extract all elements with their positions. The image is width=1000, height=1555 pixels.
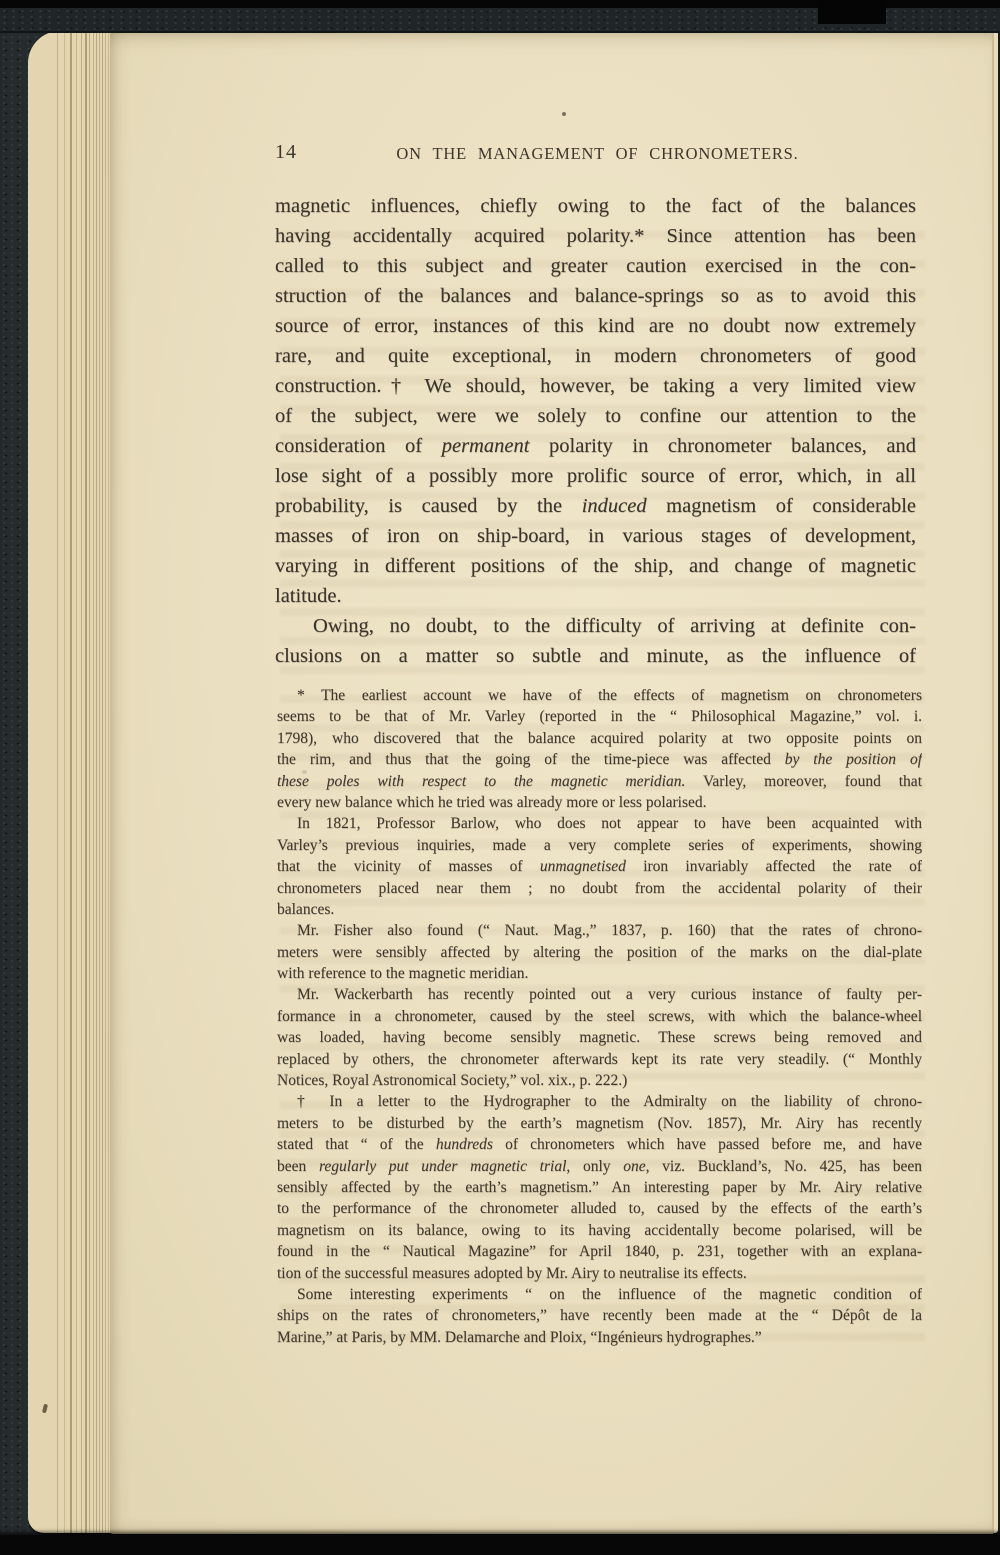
- text-line: struction of the balances and balance-sp…: [275, 281, 916, 311]
- text-line: replaced by others, the chronometer afte…: [277, 1049, 922, 1070]
- page-edge-line: [76, 31, 77, 1533]
- body-text: magnetic influences, chiefly owing to th…: [275, 191, 916, 671]
- text-line: balances.: [277, 899, 922, 920]
- text-line: stated that “ of the hundreds of chronom…: [277, 1134, 922, 1155]
- page-edge-line: [81, 31, 82, 1533]
- paragraph: * The earliest account we have of the ef…: [277, 685, 922, 813]
- text-line: the rim, and thus that the going of the …: [277, 749, 922, 770]
- text-line: rare, and quite exceptional, in modern c…: [275, 341, 916, 371]
- text-line: † In a letter to the Hydrographer to the…: [277, 1091, 922, 1112]
- page-edge-line: [93, 31, 94, 1533]
- text-line: Notices, Royal Astronomical Society,” vo…: [277, 1070, 922, 1091]
- text-line: chronometers placed near them ; no doubt…: [277, 878, 922, 899]
- text-line: Mr. Fisher also found (“ Naut. Mag.,” 18…: [277, 920, 922, 941]
- page-edge-line: [102, 31, 103, 1533]
- text-line: tion of the successful measures adopted …: [277, 1263, 922, 1284]
- text-line: having accidentally acquired polarity.* …: [275, 221, 916, 251]
- text-line: that the vicinity of masses of unmagneti…: [277, 856, 922, 877]
- running-title: ON THE MANAGEMENT OF CHRONOMETERS.: [275, 141, 920, 164]
- text-line: ships on the rates of chronometers,” hav…: [277, 1305, 922, 1326]
- text-line: seems to be that of Mr. Varley (reported…: [277, 706, 922, 727]
- paragraph: Some interesting experiments “ on the in…: [277, 1284, 922, 1348]
- text-line: with reference to the magnetic meridian.: [277, 963, 922, 984]
- book-photo: 14 ON THE MANAGEMENT OF CHRONOMETERS. ma…: [0, 0, 1000, 1555]
- text-line: was loaded, having become sensibly magne…: [277, 1027, 922, 1048]
- text-line: these poles with respect to the magnetic…: [277, 771, 922, 792]
- paragraph: Mr. Wackerbarth has recently pointed out…: [277, 984, 922, 1091]
- text-line: lose sight of a possibly more prolific s…: [275, 461, 916, 491]
- text-line: * The earliest account we have of the ef…: [277, 685, 922, 706]
- binding-clasp: [818, 0, 886, 24]
- text-line: been regularly put under magnetic trial,…: [277, 1156, 922, 1177]
- paragraph: In 1821, Professor Barlow, who does not …: [277, 813, 922, 920]
- text-line: Marine,” at Paris, by MM. Delamarche and…: [277, 1327, 922, 1348]
- running-head: 14 ON THE MANAGEMENT OF CHRONOMETERS.: [275, 141, 920, 167]
- text-line: source of error, instances of this kind …: [275, 311, 916, 341]
- page-edge-line: [99, 31, 100, 1533]
- bottom-binding: [0, 1535, 1000, 1555]
- text-line: meters to be disturbed by the earth’s ma…: [277, 1113, 922, 1134]
- page-edge-line: [105, 31, 106, 1533]
- text-line: construction.† We should, however, be ta…: [275, 371, 916, 401]
- page-edge-line: [85, 31, 87, 1533]
- page-number: 14: [275, 141, 297, 164]
- text-line: formance in a chronometer, caused by the…: [277, 1006, 922, 1027]
- text-line: Owing, no doubt, to the difficulty of ar…: [275, 611, 916, 641]
- text-line: masses of iron on ship-board, in various…: [275, 521, 916, 551]
- paragraph: magnetic influences, chiefly owing to th…: [275, 191, 916, 611]
- page-edge-line: [64, 31, 65, 1533]
- text-line: 1798), who discovered that the balance a…: [277, 728, 922, 749]
- text-line: clusions on a matter so subtle and minut…: [275, 641, 916, 671]
- text-line: sensibly affected by the earth’s magneti…: [277, 1177, 922, 1198]
- text-line: Some interesting experiments “ on the in…: [277, 1284, 922, 1305]
- text-line: called to this subject and greater cauti…: [275, 251, 916, 281]
- paragraph: Mr. Fisher also found (“ Naut. Mag.,” 18…: [277, 920, 922, 984]
- ink-speck: [562, 112, 566, 116]
- ink-speck: [302, 770, 307, 774]
- text-line: found in the “ Nautical Magazine” for Ap…: [277, 1241, 922, 1262]
- text-line: In 1821, Professor Barlow, who does not …: [277, 813, 922, 834]
- text-line: every new balance which he tried was alr…: [277, 792, 922, 813]
- text-line: to the performance of the chronometer al…: [277, 1198, 922, 1219]
- page-edge-line: [70, 31, 72, 1533]
- footnotes: * The earliest account we have of the ef…: [277, 685, 922, 1348]
- text-line: probability, is caused by the induced ma…: [275, 491, 916, 521]
- text-line: varying in different positions of the sh…: [275, 551, 916, 581]
- text-line: Mr. Wackerbarth has recently pointed out…: [277, 984, 922, 1005]
- text-line: magnetism on its balance, owing to its h…: [277, 1220, 922, 1241]
- paragraph: † In a letter to the Hydrographer to the…: [277, 1091, 922, 1284]
- text-line: meters were sensibly affected by alterin…: [277, 942, 922, 963]
- page-edge-line: [108, 31, 109, 1533]
- text-line: latitude.: [275, 581, 916, 611]
- text-line: of the subject, were we solely to confin…: [275, 401, 916, 431]
- page-edge-line: [96, 31, 97, 1533]
- text-line: magnetic influences, chiefly owing to th…: [275, 191, 916, 221]
- text-line: Varley’s previous inquiries, made a very…: [277, 835, 922, 856]
- page-edge-line: [57, 31, 58, 1533]
- paragraph: Owing, no doubt, to the difficulty of ar…: [275, 611, 916, 671]
- text-line: consideration of permanent polarity in c…: [275, 431, 916, 461]
- page-edge-line: [89, 31, 90, 1533]
